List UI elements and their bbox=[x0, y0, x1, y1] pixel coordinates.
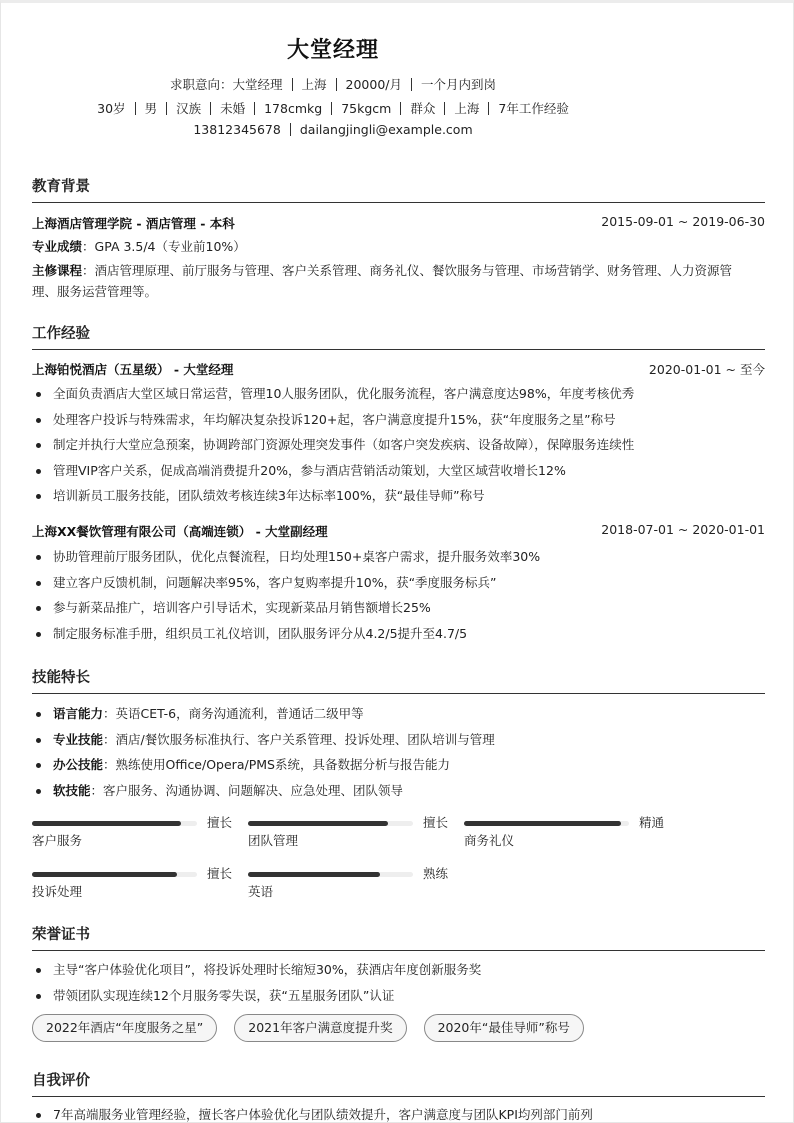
job-date: 2018-07-01 ~ 2020-01-01 bbox=[601, 522, 765, 540]
job-title: 上海铂悦酒店（五星级） - 大堂经理 bbox=[32, 360, 233, 378]
skill-value: ：英语CET-6，商务沟通流利，普通话二级甲等 bbox=[103, 706, 364, 721]
intent-salary: 20000/月 bbox=[346, 77, 402, 92]
weight: 75kgcm bbox=[341, 101, 391, 116]
skill-bar-track bbox=[32, 821, 197, 826]
skill-bar: 熟练 英语 bbox=[248, 867, 458, 907]
skill-level: 熟练 bbox=[423, 864, 448, 882]
skill-bar: 擅长 团队管理 bbox=[248, 816, 458, 856]
skill-bar-fill bbox=[248, 872, 380, 877]
job-title: 上海XX餐饮管理有限公司（高端连锁） - 大堂副经理 bbox=[32, 522, 328, 540]
skill-level: 精通 bbox=[639, 813, 664, 831]
skill-level: 擅长 bbox=[423, 813, 448, 831]
separator bbox=[400, 102, 401, 115]
contact-line: 13812345678dailangjingli@example.com bbox=[1, 122, 665, 137]
candidate-name: 大堂经理 bbox=[1, 33, 665, 64]
separator bbox=[444, 102, 445, 115]
skill-level: 擅长 bbox=[207, 864, 232, 882]
ethnicity: 汉族 bbox=[176, 101, 201, 116]
skill-level: 擅长 bbox=[207, 813, 232, 831]
skill-bar-fill bbox=[464, 821, 621, 826]
list-item: 专业技能：酒店/餐饮服务标准执行、客户关系管理、投诉处理、团队培训与管理 bbox=[32, 727, 765, 753]
height: 178cmkg bbox=[264, 101, 322, 116]
personal-info-line: 30岁男汉族未婚178cmkg75kgcm群众上海7年工作经验 bbox=[1, 99, 665, 117]
skill-bar-track bbox=[248, 872, 413, 877]
separator bbox=[290, 123, 291, 136]
skill-label: 专业技能 bbox=[53, 732, 103, 747]
skill-bar-track bbox=[464, 821, 629, 826]
courses-value-cont: 理、服务运营管理等。 bbox=[32, 284, 157, 299]
list-item: 协助管理前厅服务团队，优化点餐流程，日均处理150+桌客户需求，提升服务效率30… bbox=[32, 544, 765, 570]
skill-bar-track bbox=[32, 872, 197, 877]
separator bbox=[331, 102, 332, 115]
skill-bar: 擅长 客户服务 bbox=[32, 816, 242, 856]
education-courses-cont: 理、服务运营管理等。 bbox=[32, 279, 765, 304]
skill-bar-fill bbox=[32, 872, 177, 877]
job-date: 2020-01-01 ~ 至今 bbox=[649, 360, 765, 378]
courses-label: 主修课程 bbox=[32, 263, 82, 278]
section-title-honors: 荣誉证书 bbox=[32, 923, 765, 951]
section-title-skills: 技能特长 bbox=[32, 666, 765, 694]
skill-bar-fill bbox=[248, 821, 388, 826]
skill-label: 语言能力 bbox=[53, 706, 103, 721]
honor-badge: 2020年“最佳导师”称号 bbox=[424, 1014, 584, 1042]
list-item: 带领团队实现连续12个月服务零失误，获“五星服务团队”认证 bbox=[32, 983, 765, 1009]
job-intent-line: 求职意向：大堂经理上海20000/月一个月内到岗 bbox=[1, 75, 665, 93]
honors-bullets: 主导“客户体验优化项目”，将投诉处理时长缩短30%，获酒店年度创新服务奖 带领团… bbox=[32, 957, 765, 1008]
intent-position: 求职意向：大堂经理 bbox=[170, 77, 283, 92]
list-item: 制定并执行大堂应急预案，协调跨部门资源处理突发事件（如客户突发疾病、设备故障），… bbox=[32, 432, 765, 458]
list-item: 参与新菜品推广，培训客户引导话术，实现新菜品月销售额增长25% bbox=[32, 595, 765, 621]
job-head: 上海铂悦酒店（五星级） - 大堂经理 2020-01-01 ~ 至今 bbox=[32, 360, 765, 378]
skill-bar-fill bbox=[32, 821, 181, 826]
skill-label: 办公技能 bbox=[53, 757, 103, 772]
honor-badge: 2021年客户满意度提升奖 bbox=[234, 1014, 406, 1042]
separator bbox=[166, 102, 167, 115]
age: 30岁 bbox=[97, 101, 125, 116]
education-date: 2015-09-01 ~ 2019-06-30 bbox=[601, 214, 765, 232]
courses-value: ：酒店管理原理、前厅服务与管理、客户关系管理、商务礼仪、餐饮服务与管理、市场营销… bbox=[82, 263, 732, 278]
location: 上海 bbox=[454, 101, 479, 116]
skill-label: 软技能 bbox=[53, 783, 91, 798]
gpa-value: ：GPA 3.5/4（专业前10%） bbox=[82, 239, 246, 254]
skill-value: ：酒店/餐饮服务标准执行、客户关系管理、投诉处理、团队培训与管理 bbox=[103, 732, 495, 747]
resume-page: 大堂经理 求职意向：大堂经理上海20000/月一个月内到岗 30岁男汉族未婚17… bbox=[0, 0, 794, 1123]
separator bbox=[488, 102, 489, 115]
political-status: 群众 bbox=[410, 101, 435, 116]
list-item: 全面负责酒店大堂区域日常运营，管理10人服务团队，优化服务流程，客户满意度达98… bbox=[32, 381, 765, 407]
list-item: 建立客户反馈机制，问题解决率95%，客户复购率提升10%，获“季度服务标兵” bbox=[32, 570, 765, 596]
gpa-label: 专业成绩 bbox=[32, 239, 82, 254]
education-gpa: 专业成绩：GPA 3.5/4（专业前10%） bbox=[32, 234, 765, 259]
education-entry-head: 上海酒店管理学院 - 酒店管理 - 本科 2015-09-01 ~ 2019-0… bbox=[32, 214, 765, 232]
list-item: 制定服务标准手册，组织员工礼仪培训，团队服务评分从4.2/5提升至4.7/5 bbox=[32, 621, 765, 647]
skill-value: ：客户服务、沟通协调、问题解决、应急处理、团队领导 bbox=[91, 783, 404, 798]
skill-bar: 精通 商务礼仪 bbox=[464, 816, 674, 856]
gender: 男 bbox=[145, 101, 158, 116]
skill-name: 团队管理 bbox=[248, 831, 298, 849]
separator bbox=[210, 102, 211, 115]
skills-bullets: 语言能力：英语CET-6，商务沟通流利，普通话二级甲等 专业技能：酒店/餐饮服务… bbox=[32, 701, 765, 803]
list-item: 办公技能：熟练使用Office/Opera/PMS系统，具备数据分析与报告能力 bbox=[32, 752, 765, 778]
separator bbox=[411, 78, 412, 91]
list-item: 处理客户投诉与特殊需求，年均解决复杂投诉120+起，客户满意度提升15%，获“年… bbox=[32, 407, 765, 433]
self-eval-bullets: 7年高端服务业管理经验，擅长客户体验优化与团队绩效提升，客户满意度与团队KPI均… bbox=[32, 1102, 765, 1123]
skill-value: ：熟练使用Office/Opera/PMS系统，具备数据分析与报告能力 bbox=[103, 757, 450, 772]
email[interactable]: dailangjingli@example.com bbox=[300, 122, 473, 137]
separator bbox=[135, 102, 136, 115]
section-title-self-eval: 自我评价 bbox=[32, 1069, 765, 1097]
marital-status: 未婚 bbox=[220, 101, 245, 116]
separator bbox=[336, 78, 337, 91]
job-bullets: 协助管理前厅服务团队，优化点餐流程，日均处理150+桌客户需求，提升服务效率30… bbox=[32, 544, 765, 646]
education-school: 上海酒店管理学院 - 酒店管理 - 本科 bbox=[32, 214, 235, 232]
list-item: 7年高端服务业管理经验，擅长客户体验优化与团队绩效提升，客户满意度与团队KPI均… bbox=[32, 1102, 765, 1123]
skill-bar: 擅长 投诉处理 bbox=[32, 867, 242, 907]
phone[interactable]: 13812345678 bbox=[193, 122, 280, 137]
section-title-work: 工作经验 bbox=[32, 322, 765, 350]
list-item: 软技能：客户服务、沟通协调、问题解决、应急处理、团队领导 bbox=[32, 778, 765, 804]
skill-name: 英语 bbox=[248, 882, 273, 900]
skill-name: 客户服务 bbox=[32, 831, 82, 849]
intent-city: 上海 bbox=[302, 77, 327, 92]
list-item: 语言能力：英语CET-6，商务沟通流利，普通话二级甲等 bbox=[32, 701, 765, 727]
skill-name: 商务礼仪 bbox=[464, 831, 514, 849]
skill-name: 投诉处理 bbox=[32, 882, 82, 900]
experience-years: 7年工作经验 bbox=[498, 101, 568, 116]
job-head: 上海XX餐饮管理有限公司（高端连锁） - 大堂副经理 2018-07-01 ~ … bbox=[32, 522, 765, 540]
list-item: 主导“客户体验优化项目”，将投诉处理时长缩短30%，获酒店年度创新服务奖 bbox=[32, 957, 765, 983]
honor-badge: 2022年酒店“年度服务之星” bbox=[32, 1014, 217, 1042]
skill-bar-track bbox=[248, 821, 413, 826]
job-bullets: 全面负责酒店大堂区域日常运营，管理10人服务团队，优化服务流程，客户满意度达98… bbox=[32, 381, 765, 509]
separator bbox=[292, 78, 293, 91]
section-title-education: 教育背景 bbox=[32, 175, 765, 203]
intent-availability: 一个月内到岗 bbox=[421, 77, 496, 92]
list-item: 管理VIP客户关系，促成高端消费提升20%，参与酒店营销活动策划，大堂区域营收增… bbox=[32, 458, 765, 484]
honor-badges: 2022年酒店“年度服务之星” 2021年客户满意度提升奖 2020年“最佳导师… bbox=[32, 1014, 584, 1042]
list-item: 培训新员工服务技能，团队绩效考核连续3年达标率100%，获“最佳导师”称号 bbox=[32, 483, 765, 509]
separator bbox=[254, 102, 255, 115]
